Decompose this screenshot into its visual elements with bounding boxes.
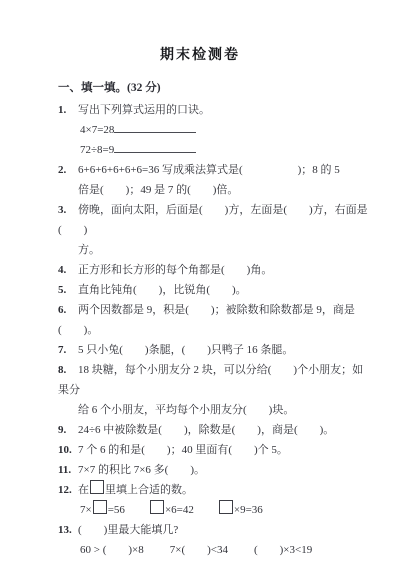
list-item: 1.写出下列算式运用的口诀。4×7=2872÷8=9 — [58, 100, 372, 160]
item-text: 5 只小兔( )条腿，( )只鸭子 16 条腿。 — [78, 344, 293, 356]
item-number: 12. — [58, 480, 78, 500]
item-wrapped-line: 倍是( )；49 是 7 的( )倍。 — [58, 180, 372, 200]
list-item: 2.6+6+6+6+6+6=36 写成乘法算式是( )；8 的 5倍是( )；4… — [58, 160, 372, 200]
item-first-line: 3.傍晚，面向太阳，后面是( )方，左面是( )方，右面是( ) — [58, 200, 372, 240]
formula-text: 72÷8=9 — [80, 144, 114, 156]
item-first-line: 1.写出下列算式运用的口诀。 — [58, 100, 372, 120]
item-text: 傍晚，面向太阳，后面是( )方，左面是( )方，右面是( ) — [58, 204, 368, 236]
box-equation: ×6=42 — [149, 500, 194, 520]
box-equation-row: 7×=56×6=42×9=36 — [58, 500, 372, 520]
equation-text: ×9=36 — [234, 504, 263, 516]
title-row: 期末检测卷 — [0, 0, 400, 64]
blank-square-box — [90, 480, 104, 494]
item-number: 10. — [58, 440, 78, 460]
exam-content: 一、填一填。(32 分) 1.写出下列算式运用的口诀。4×7=2872÷8=92… — [0, 64, 400, 560]
item-first-line: 11.7×7 的积比 7×6 多( )。 — [58, 460, 372, 480]
list-item: 4.正方形和长方形的每个角都是( )角。 — [58, 260, 372, 280]
item-number: 7. — [58, 340, 78, 360]
item-number: 2. — [58, 160, 78, 180]
list-item: 11.7×7 的积比 7×6 多( )。 — [58, 460, 372, 480]
list-item: 6.两个因数都是 9，积是( )；被除数和除数都是 9，商是( )。 — [58, 300, 372, 340]
equation-text: ×6=42 — [165, 504, 194, 516]
blank-square-box — [150, 500, 164, 514]
item-first-line: 4.正方形和长方形的每个角都是( )角。 — [58, 260, 372, 280]
item-text: 写出下列算式运用的口诀。 — [78, 104, 210, 116]
list-item: 5.直角比钝角( )，比锐角( )。 — [58, 280, 372, 300]
comparison-row: 60 > ( )×87×( )<34( )×3<19 — [58, 540, 372, 560]
item-number: 11. — [58, 460, 78, 480]
item-first-line: 2.6+6+6+6+6+6=36 写成乘法算式是( )；8 的 5 — [58, 160, 372, 180]
section-heading: 一、填一填。(32 分) — [58, 78, 372, 98]
box-equation: ×9=36 — [218, 500, 263, 520]
answer-underline — [114, 121, 196, 133]
list-item: 7.5 只小兔( )条腿，( )只鸭子 16 条腿。 — [58, 340, 372, 360]
item-first-line: 5.直角比钝角( )，比锐角( )。 — [58, 280, 372, 300]
exam-page: 期末检测卷 一、填一填。(32 分) 1.写出下列算式运用的口诀。4×7=287… — [0, 0, 400, 566]
item-text: 在 — [78, 484, 89, 496]
item-text: 7×7 的积比 7×6 多( )。 — [78, 464, 205, 476]
item-first-line: 6.两个因数都是 9，积是( )；被除数和除数都是 9，商是( )。 — [58, 300, 372, 340]
list-item: 3.傍晚，面向太阳，后面是( )方，左面是( )方，右面是( )方。 — [58, 200, 372, 260]
item-wrapped-line: 给 6 个小朋友，平均每个小朋友分( )块。 — [58, 400, 372, 420]
item-number: 8. — [58, 360, 78, 380]
item-number: 9. — [58, 420, 78, 440]
item-number: 4. — [58, 260, 78, 280]
item-text: 直角比钝角( )，比锐角( )。 — [78, 284, 247, 296]
item-first-line: 13.( )里最大能填几? — [58, 520, 372, 540]
equation-text: =56 — [108, 504, 125, 516]
list-item: 9.24÷6 中被除数是( )，除数是( )，商是( )。 — [58, 420, 372, 440]
comparison-expression: 7×( )<34 — [170, 540, 228, 560]
blank-square-box — [93, 500, 107, 514]
item-first-line: 9.24÷6 中被除数是( )，除数是( )，商是( )。 — [58, 420, 372, 440]
answer-underline — [114, 141, 196, 153]
item-first-line: 7.5 只小兔( )条腿，( )只鸭子 16 条腿。 — [58, 340, 372, 360]
item-text: 6+6+6+6+6+6=36 写成乘法算式是( )；8 的 5 — [78, 164, 340, 176]
comparison-expression: ( )×3<19 — [254, 540, 312, 560]
item-first-line: 10.7 个 6 的和是( )；40 里面有( )个 5。 — [58, 440, 372, 460]
formula-line: 72÷8=9 — [58, 140, 372, 160]
item-text: 7 个 6 的和是( )；40 里面有( )个 5。 — [78, 444, 288, 456]
list-item: 13.( )里最大能填几?60 > ( )×87×( )<34( )×3<19 — [58, 520, 372, 560]
items: 1.写出下列算式运用的口诀。4×7=2872÷8=92.6+6+6+6+6+6=… — [58, 100, 372, 560]
comparison-expression: 60 > ( )×8 — [80, 540, 144, 560]
list-item: 8.18 块糖，每个小朋友分 2 块，可以分给( )个小朋友；如果分给 6 个小… — [58, 360, 372, 420]
equation-text: 7× — [80, 504, 92, 516]
item-text: 18 块糖，每个小朋友分 2 块，可以分给( )个小朋友；如果分 — [58, 364, 363, 396]
formula-line: 4×7=28 — [58, 120, 372, 140]
box-equation: 7×=56 — [80, 500, 125, 520]
item-text: 两个因数都是 9，积是( )；被除数和除数都是 9，商是( )。 — [58, 304, 355, 336]
item-number: 13. — [58, 520, 78, 540]
item-number: 5. — [58, 280, 78, 300]
item-text: ( )里最大能填几? — [78, 524, 178, 536]
item-text: 正方形和长方形的每个角都是( )角。 — [78, 264, 272, 276]
item-number: 3. — [58, 200, 78, 220]
item-text: 里填上合适的数。 — [105, 484, 193, 496]
item-text: 24÷6 中被除数是( )，除数是( )，商是( )。 — [78, 424, 334, 436]
item-first-line: 12.在里填上合适的数。 — [58, 480, 372, 500]
formula-text: 4×7=28 — [80, 124, 114, 136]
page-title: 期末检测卷 — [160, 44, 240, 64]
item-wrapped-line: 方。 — [58, 240, 372, 260]
item-number: 6. — [58, 300, 78, 320]
item-first-line: 8.18 块糖，每个小朋友分 2 块，可以分给( )个小朋友；如果分 — [58, 360, 372, 400]
list-item: 12.在里填上合适的数。7×=56×6=42×9=36 — [58, 480, 372, 520]
list-item: 10.7 个 6 的和是( )；40 里面有( )个 5。 — [58, 440, 372, 460]
item-number: 1. — [58, 100, 78, 120]
blank-square-box — [219, 500, 233, 514]
